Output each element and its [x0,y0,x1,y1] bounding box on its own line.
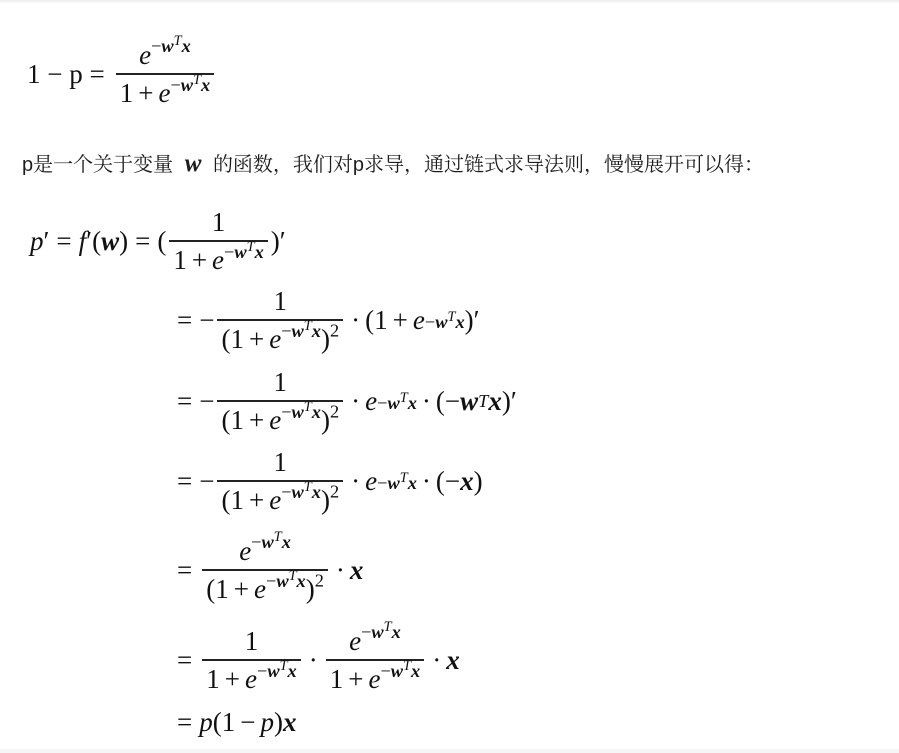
numerator: e−wTx [135,41,195,73]
derivation-line-5: = e−wTx (1+e−wTx)2 ·x [170,530,363,610]
equation-one-minus-p: 1 − p = e−wTx 1+e−wTx [27,36,217,112]
fraction: 1 1+e−wTx [202,627,300,694]
fraction: 1 (1+e−wTx)2 [217,368,343,435]
fraction: e−wTx 1+e−wTx [116,41,214,108]
fraction: 1 1+e−wTx [169,208,267,275]
variable-w: w [179,150,208,177]
fraction: 1 (1+e−wTx)2 [217,448,343,515]
bottom-edge [0,749,899,753]
fraction: e−wTx 1+e−wTx [326,627,424,694]
paragraph-text-before: p是一个关于变量 [22,154,173,176]
fraction: e−wTx (1+e−wTx)2 [202,537,328,604]
derivation-line-3: =− 1 (1+e−wTx)2 · e−wTx · (−wTx)′ [170,365,517,437]
explanation-paragraph: p是一个关于变量 w 的函数，我们对p求导，通过链式求导法则，慢慢展开可以得： [22,148,764,178]
fraction: 1 (1+e−wTx)2 [217,287,343,354]
derivation-line-2: =− 1 (1+e−wTx)2 · (1+e−wTx)′ [170,284,480,356]
derivation-line-1: p′ = f′(w) = ( 1 1+e−wTx )′ [30,206,286,276]
top-edge-shadow [0,0,899,4]
equation-lhs: 1 − p = [27,61,105,88]
denominator: 1+e−wTx [116,73,214,107]
derivation-line-4: =− 1 (1+e−wTx)2 · e−wTx · (−x) [170,445,483,517]
derivation-line-7: = p(1−p)x [170,704,296,740]
paragraph-text-after: 的函数，我们对p求导，通过链式求导法则，慢慢展开可以得： [213,154,764,176]
derivation-line-6: = 1 1+e−wTx · e−wTx 1+e−wTx ·x [170,620,460,700]
